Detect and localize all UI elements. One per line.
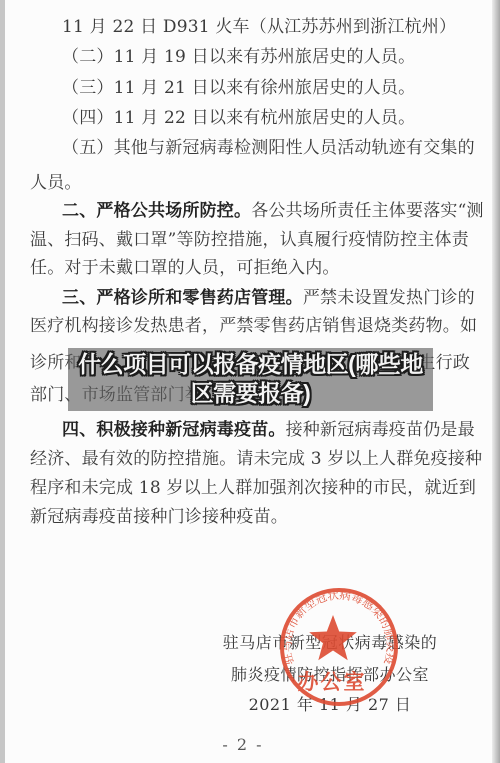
document-line-section-2: 二、严格公共场所防控。各公共场所责任主体要落实“测	[30, 200, 500, 222]
official-seal: 驻马店市新型冠状病毒感染的肺炎疫情防控指挥部 办公室	[276, 584, 402, 710]
line-text: 任。对于未戴口罩的人员，可拒绝入内。	[30, 258, 340, 278]
document-line: 医疗机构接诊发热患者，严禁零售药店销售退烧类药物。如	[30, 315, 470, 337]
document-line: 11 月 22 日 D931 火车（从江苏苏州到浙江杭州）	[30, 16, 500, 38]
line-text: （二）11 月 19 日以来有苏州旅居史的人员。	[62, 47, 415, 67]
document-line: （五）其他与新冠病毒检测阳性人员活动轨迹有交集的	[30, 137, 500, 159]
section-heading: 三、严格诊所和零售药店管理。	[62, 288, 303, 308]
seal-star-icon	[309, 615, 357, 660]
line-text: （四）11 月 22 日以来有杭州旅居史的人员。	[62, 108, 415, 128]
overlay-caption-line1: 什么项目可以报备疫情地区(哪些地	[68, 350, 433, 379]
document-line: 程序和未完成 18 岁以上人群加强剂次接种的市民，就近到	[30, 477, 470, 499]
seal-inner-label: 办公室	[298, 670, 367, 694]
document-line: 新冠病毒疫苗接种门诊接种疫苗。	[30, 506, 470, 528]
line-text: 人员。	[30, 173, 82, 193]
section-heading: 四、积极接种新冠病毒疫苗。	[62, 420, 286, 440]
scanned-notice-page: 11 月 22 日 D931 火车（从江苏苏州到浙江杭州） （二）11 月 19…	[0, 0, 500, 763]
overlay-caption-line2: 区需要报备)	[68, 379, 433, 408]
overlay-caption-box: 什么项目可以报备疫情地区(哪些地 区需要报备)	[68, 348, 433, 411]
line-text: 各公共场所责任主体要落实“测	[251, 201, 484, 221]
scan-edge-left	[0, 0, 5, 763]
line-text: 接种新冠病毒疫苗仍是最	[286, 420, 475, 440]
document-line: 经济、最有效的防控措施。请未完成 3 岁以上人群免疫接种	[30, 448, 470, 470]
line-text: 医疗机构接诊发热患者，严禁零售药店销售退烧类药物。如	[30, 316, 477, 336]
document-line-section-4: 四、积极接种新冠病毒疫苗。接种新冠病毒疫苗仍是最	[30, 419, 500, 441]
page-number: - 2 -	[203, 735, 283, 754]
seal-ring-text: 驻马店市新型冠状病毒感染的肺炎疫情防控指挥部	[276, 584, 398, 667]
section-heading: 二、严格公共场所防控。	[62, 201, 251, 221]
line-text: （五）其他与新冠病毒检测阳性人员活动轨迹有交集的	[62, 138, 475, 158]
document-line: 人员。	[30, 172, 470, 194]
line-text: （三）11 月 21 日以来有徐州旅居史的人员。	[62, 78, 415, 98]
document-line: （二）11 月 19 日以来有苏州旅居史的人员。	[30, 46, 500, 68]
line-text: 经济、最有效的防控措施。请未完成 3 岁以上人群免疫接种	[30, 449, 482, 469]
document-line: （四）11 月 22 日以来有杭州旅居史的人员。	[30, 107, 500, 129]
line-text: 新冠病毒疫苗接种门诊接种疫苗。	[30, 507, 288, 527]
line-text: 温、扫码、戴口罩”等防控措施，认真履行疫情防控主体责	[30, 230, 469, 250]
document-line: （三）11 月 21 日以来有徐州旅居史的人员。	[30, 77, 500, 99]
document-line-section-3: 三、严格诊所和零售药店管理。严禁未设置发热门诊的	[30, 287, 500, 309]
line-text: 严禁未设置发热门诊的	[303, 288, 475, 308]
document-line: 任。对于未戴口罩的人员，可拒绝入内。	[30, 257, 470, 279]
line-text: 11 月 22 日 D931 火车（从江苏苏州到浙江杭州）	[62, 17, 456, 37]
document-line: 温、扫码、戴口罩”等防控措施，认真履行疫情防控主体责	[30, 229, 470, 251]
line-text: 程序和未完成 18 岁以上人群加强剂次接种的市民，就近到	[30, 478, 476, 498]
